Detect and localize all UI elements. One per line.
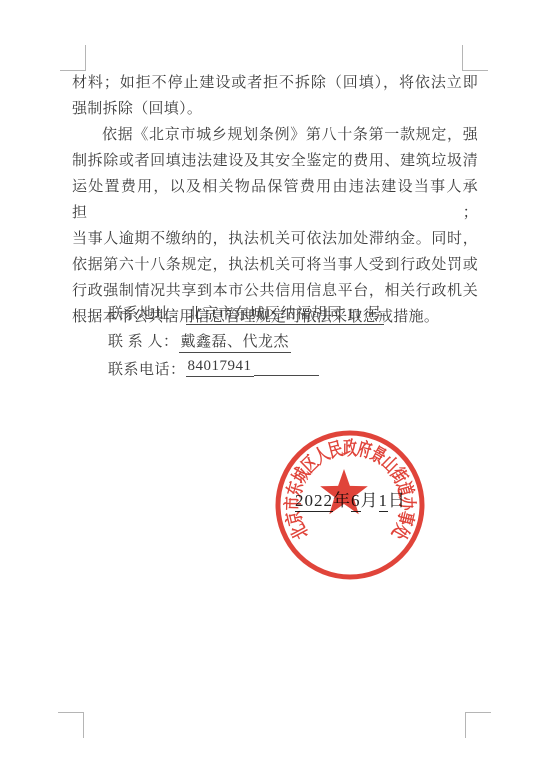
contact-block: 联系地址：北京市东城区纳福胡同 11 号联 系 人：戴鑫磊、代龙杰联系电话：84… <box>108 302 384 386</box>
contact-value: 戴鑫磊、代龙杰 <box>179 330 292 353</box>
contact-row: 联 系 人：戴鑫磊、代龙杰 <box>108 330 384 358</box>
contact-row: 联系电话：84017941 <box>108 358 384 386</box>
blank-underline <box>254 358 319 376</box>
text-line: 强制拆除（回填）。 <box>72 96 478 122</box>
crop-mark-bottom-left <box>58 712 84 738</box>
contact-value: 84017941 <box>186 358 254 377</box>
text-line: 材料；如拒不停止建设或者拒不拆除（回填），将依法立即 <box>72 70 478 96</box>
text-line: 当事人逾期不缴纳的，执法机关可依法加处滞纳金。同时， <box>72 226 478 252</box>
text-line: 依据第六十八条规定，执法机关可将当事人受到行政处罚或 <box>72 252 478 278</box>
contact-value: 北京市东城区纳福胡同 11 号 <box>186 302 384 325</box>
text-line: 行政强制情况共享到本市公共信用信息平台，相关行政机关 <box>72 278 478 304</box>
crop-mark-bottom-right <box>465 712 491 738</box>
contact-label: 联系地址： <box>108 302 186 323</box>
body-text: 材料；如拒不停止建设或者拒不拆除（回填），将依法立即强制拆除（回填）。依据《北京… <box>72 70 478 330</box>
crop-mark-top-left <box>60 45 86 71</box>
document-page: 材料；如拒不停止建设或者拒不拆除（回填），将依法立即强制拆除（回填）。依据《北京… <box>0 0 550 772</box>
official-seal-graphic: 北京市东城区人民政府景山街道办事处 <box>270 427 430 587</box>
red-star-icon <box>320 469 368 514</box>
contact-label: 联系电话： <box>108 358 186 379</box>
text-line: 制拆除或者回填违法建设及其安全鉴定的费用、建筑垃圾清 <box>72 148 478 174</box>
text-line: 依据《北京市城乡规划条例》第八十条第一款规定，强 <box>72 122 478 148</box>
text-line: 运处置费用，以及相关物品保管费用由违法建设当事人承担； <box>72 174 478 226</box>
official-seal: 北京市东城区人民政府景山街道办事处 <box>270 427 430 587</box>
contact-row: 联系地址：北京市东城区纳福胡同 11 号 <box>108 302 384 330</box>
contact-label: 联 系 人： <box>108 330 179 351</box>
crop-mark-top-right <box>462 45 488 71</box>
